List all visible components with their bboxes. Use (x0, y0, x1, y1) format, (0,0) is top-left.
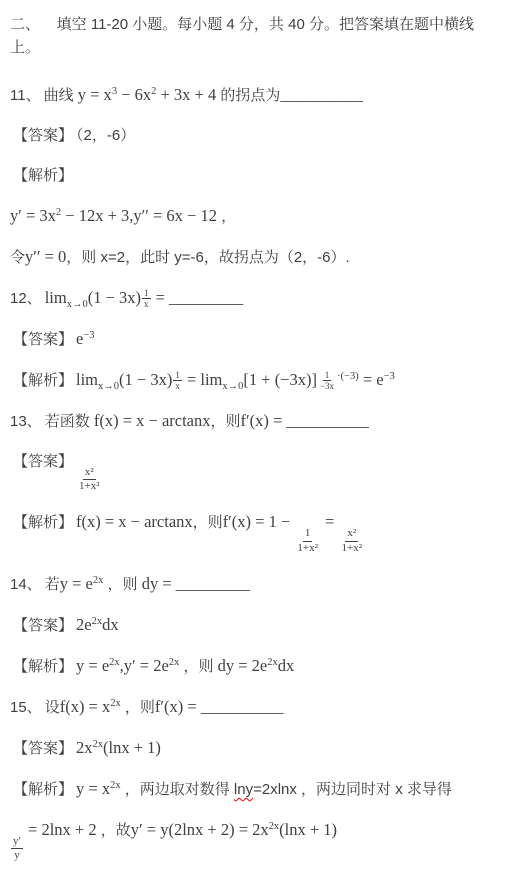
text-segment: ，则 (121, 699, 155, 716)
text-segment: ，两边取对数得 (121, 781, 234, 798)
formula-segment: f(x) = x − arctanx (94, 411, 211, 430)
text-segment: ， (217, 208, 236, 225)
text-segment: ，则 x=2，此时 y=-6，故拐点为（2，-6）. (66, 249, 349, 266)
formula-segment: = 2lnx + 2 (24, 820, 97, 839)
question-number: 15、 (10, 699, 42, 716)
fraction-numerator: 1 (142, 288, 151, 299)
fraction-denominator: −3x (318, 381, 336, 391)
superscript-segment: 2x (269, 821, 280, 832)
answer-line: 【答案】e−3 (10, 327, 503, 351)
text-segment: 令 (10, 249, 25, 266)
text-segment: ，则 (103, 576, 141, 593)
section-header: 二、 填空 11-20 小题。每小题 4 分，共 40 分。把答案填在题中横线上… (10, 13, 503, 59)
answer-label: 【答案】 (13, 453, 73, 470)
fraction-numerator: x² (345, 527, 358, 541)
question-number: 14、 (10, 576, 42, 593)
formula-segment: = e (359, 370, 384, 389)
formula-segment: 2e (76, 615, 92, 634)
formula-segment: dy = _________ (142, 574, 250, 593)
formula-segment: ,y′ = 2e (120, 656, 169, 675)
fraction-segment: x²1+x² (339, 527, 364, 554)
text-segment: ，则 (179, 658, 217, 675)
formula-segment: f′(x) = __________ (155, 697, 283, 716)
superscript-segment: 2x (110, 698, 121, 709)
formula-segment: f(x) = x (60, 697, 111, 716)
formula-segment: (lnx + 1) (279, 820, 337, 839)
analysis-line: 【解析】f(x) = x − arctanx，则f′(x) = 1 − 11+x… (10, 510, 503, 554)
superscript-segment: −3 (83, 330, 94, 341)
analysis-line: 【解析】y = e2x,y′ = 2e2x ，则 dy = 2e2xdx (10, 654, 503, 678)
question-line: 14、若y = e2x ，则 dy = _________ (10, 572, 503, 596)
fraction-denominator: x (173, 381, 182, 391)
superscript-segment: ·(−3) (337, 371, 359, 382)
question-line: 13、若函数 f(x) = x − arctanx，则f′(x) = _____… (10, 409, 503, 433)
formula-segment: (1 − 3x) (119, 370, 172, 389)
formula-segment: dy = 2e (218, 656, 268, 675)
analysis-line: y′y = 2lnx + 2 ，故y′ = y(2lnx + 2) = 2x2x… (10, 818, 503, 862)
formula-segment: f(x) = x − arctanx (76, 512, 193, 531)
formula-segment: 2x (76, 738, 93, 757)
analysis-label: 【解析】 (13, 658, 73, 675)
superscript-segment: −3 (384, 371, 395, 382)
questions-container: 11、曲线 y = x3 − 6x2 + 3x + 4 的拐点为________… (10, 83, 503, 862)
analysis-line: y′ = 3x2 − 12x + 3,y′′ = 6x − 12 ， (10, 204, 503, 228)
fraction-numerator: 1 (303, 527, 313, 541)
answer-label: 【答案】 (13, 617, 73, 634)
text-segment: 设 (45, 699, 60, 716)
question-block: 11、曲线 y = x3 − 6x2 + 3x + 4 的拐点为________… (10, 83, 503, 269)
text-segment: 的拐点为 (216, 87, 280, 104)
formula-segment: y = e (60, 574, 93, 593)
answer-line: 【答案】（2，-6） (10, 124, 503, 147)
document-page: 二、 填空 11-20 小题。每小题 4 分，共 40 分。把答案填在题中横线上… (0, 0, 511, 862)
superscript-segment: 2x (92, 616, 103, 627)
formula-segment: f′(x) = 1 − (223, 512, 295, 531)
text-segment: （2，-6） (76, 127, 135, 144)
text-segment: ，故 (97, 822, 131, 839)
formula-segment: lim (76, 370, 98, 389)
fraction-numerator: 1 (173, 370, 182, 381)
question-number: 12、 (10, 290, 42, 307)
fraction-segment: y′y (11, 835, 23, 862)
formula-segment: (1 − 3x) (88, 288, 141, 307)
superscript-segment: 2x (267, 657, 278, 668)
analysis-label: 【解析】 (13, 167, 73, 184)
formula-segment: − 12x + 3,y′′ = 6x − 12 (61, 206, 217, 225)
formula-segment: + 3x + 4 (156, 85, 216, 104)
fraction-denominator: 1+x² (339, 542, 364, 555)
analysis-line: 令y′′ = 0，则 x=2，此时 y=-6，故拐点为（2，-6）. (10, 245, 503, 269)
answer-line: 【答案】x²1+x² (10, 450, 503, 493)
question-number: 11、 (10, 87, 41, 104)
superscript-segment: 2x (109, 657, 120, 668)
formula-segment: = _________ (152, 288, 244, 307)
question-line: 11、曲线 y = x3 − 6x2 + 3x + 4 的拐点为________… (10, 83, 503, 107)
answer-line: 【答案】2x2x(lnx + 1) (10, 736, 503, 760)
formula-segment: y′′ = 0 (25, 247, 66, 266)
formula-segment: y = x (78, 85, 112, 104)
formula-segment: dx (102, 615, 119, 634)
formula-segment: lim (45, 288, 67, 307)
formula-segment: y′ = 3x (10, 206, 56, 225)
fraction-denominator: 1+x² (295, 542, 320, 555)
text-segment: ，则 (211, 413, 241, 430)
fraction-denominator: y (12, 849, 22, 862)
formula-segment: − 6x (117, 85, 151, 104)
spellcheck-flagged-text: lny (234, 781, 253, 798)
text-segment: 若函数 (45, 413, 94, 430)
formula-segment: = lim (183, 370, 223, 389)
fraction-segment: x²1+x² (77, 466, 102, 493)
text-segment: =2xlnx ，两边同时对 x 求导得 (253, 781, 452, 798)
analysis-line: 【解析】y = x2x ，两边取对数得 lny=2xlnx ，两边同时对 x 求… (10, 777, 503, 801)
analysis-line: 【解析】limx→0(1 − 3x)1x = limx→0[1 + (−3x)]… (10, 368, 503, 392)
formula-segment: __________ (280, 85, 363, 104)
answer-label: 【答案】 (13, 127, 73, 144)
question-block: 13、若函数 f(x) = x − arctanx，则f′(x) = _____… (10, 409, 503, 555)
analysis-label: 【解析】 (13, 372, 73, 389)
superscript-segment: 2x (169, 657, 180, 668)
formula-segment: y′ = y(2lnx + 2) = 2x (131, 820, 269, 839)
superscript-segment: 2x (93, 575, 104, 586)
question-line: 12、limx→0(1 − 3x)1x = _________ (10, 286, 503, 310)
formula-segment: dx (278, 656, 295, 675)
fraction-numerator: x² (83, 466, 96, 480)
answer-label: 【答案】 (13, 331, 73, 348)
subscript-segment: x→0 (222, 381, 243, 392)
formula-segment: y = e (76, 656, 109, 675)
question-block: 15、设f(x) = x2x ，则f′(x) = __________【答案】2… (10, 695, 503, 862)
fraction-numerator: y′ (11, 835, 23, 849)
question-block: 14、若y = e2x ，则 dy = _________【答案】2e2xdx【… (10, 572, 503, 678)
fraction-denominator: x (142, 299, 151, 309)
subscript-segment: x→0 (67, 299, 88, 310)
question-line: 15、设f(x) = x2x ，则f′(x) = __________ (10, 695, 503, 719)
formula-segment: = (321, 512, 339, 531)
analysis-label-line: 【解析】 (10, 164, 503, 187)
formula-segment: [1 + (−3x)] (243, 370, 317, 389)
analysis-label: 【解析】 (13, 514, 73, 531)
formula-segment: y = x (76, 779, 110, 798)
question-number: 13、 (10, 413, 42, 430)
fraction-numerator: 1 (323, 370, 332, 381)
superscript-segment: 2x (93, 739, 104, 750)
fraction-segment: 1x (142, 288, 151, 310)
fraction-segment: 1−3x (318, 370, 336, 392)
fraction-segment: 11+x² (295, 527, 320, 554)
answer-line: 【答案】2e2xdx (10, 613, 503, 637)
question-block: 12、limx→0(1 − 3x)1x = _________【答案】e−3【解… (10, 286, 503, 392)
text-segment: 若 (45, 576, 60, 593)
fraction-denominator: 1+x² (77, 480, 102, 493)
formula-segment: f′(x) = __________ (241, 411, 369, 430)
text-segment: ，则 (193, 514, 223, 531)
text-segment: 曲线 (44, 87, 78, 104)
subscript-segment: x→0 (98, 381, 119, 392)
formula-segment: (lnx + 1) (103, 738, 161, 757)
superscript-segment: 2x (110, 780, 121, 791)
answer-label: 【答案】 (13, 740, 73, 757)
fraction-segment: 1x (173, 370, 182, 392)
analysis-label: 【解析】 (13, 781, 73, 798)
